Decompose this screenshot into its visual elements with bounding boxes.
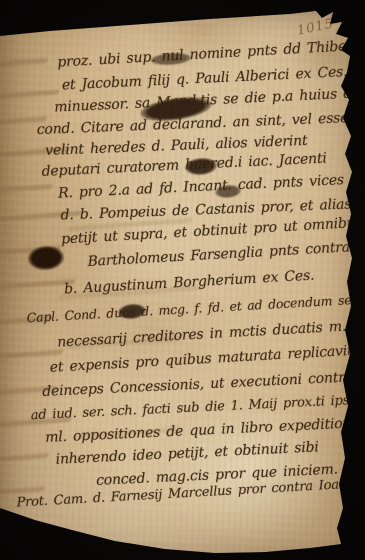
- photo-backdrop: proz. ubi sup. nul nomine pnts dd Thiber…: [0, 0, 365, 560]
- manuscript-page: proz. ubi sup. nul nomine pnts dd Thiber…: [0, 0, 365, 560]
- handwritten-line: b. Augustinum Borgherium ex Ces.: [64, 268, 315, 298]
- handwriting-layer: proz. ubi sup. nul nomine pnts dd Thiber…: [0, 0, 365, 560]
- handwritten-line: Bartholomeus Farsenglia pnts contra: [87, 239, 350, 270]
